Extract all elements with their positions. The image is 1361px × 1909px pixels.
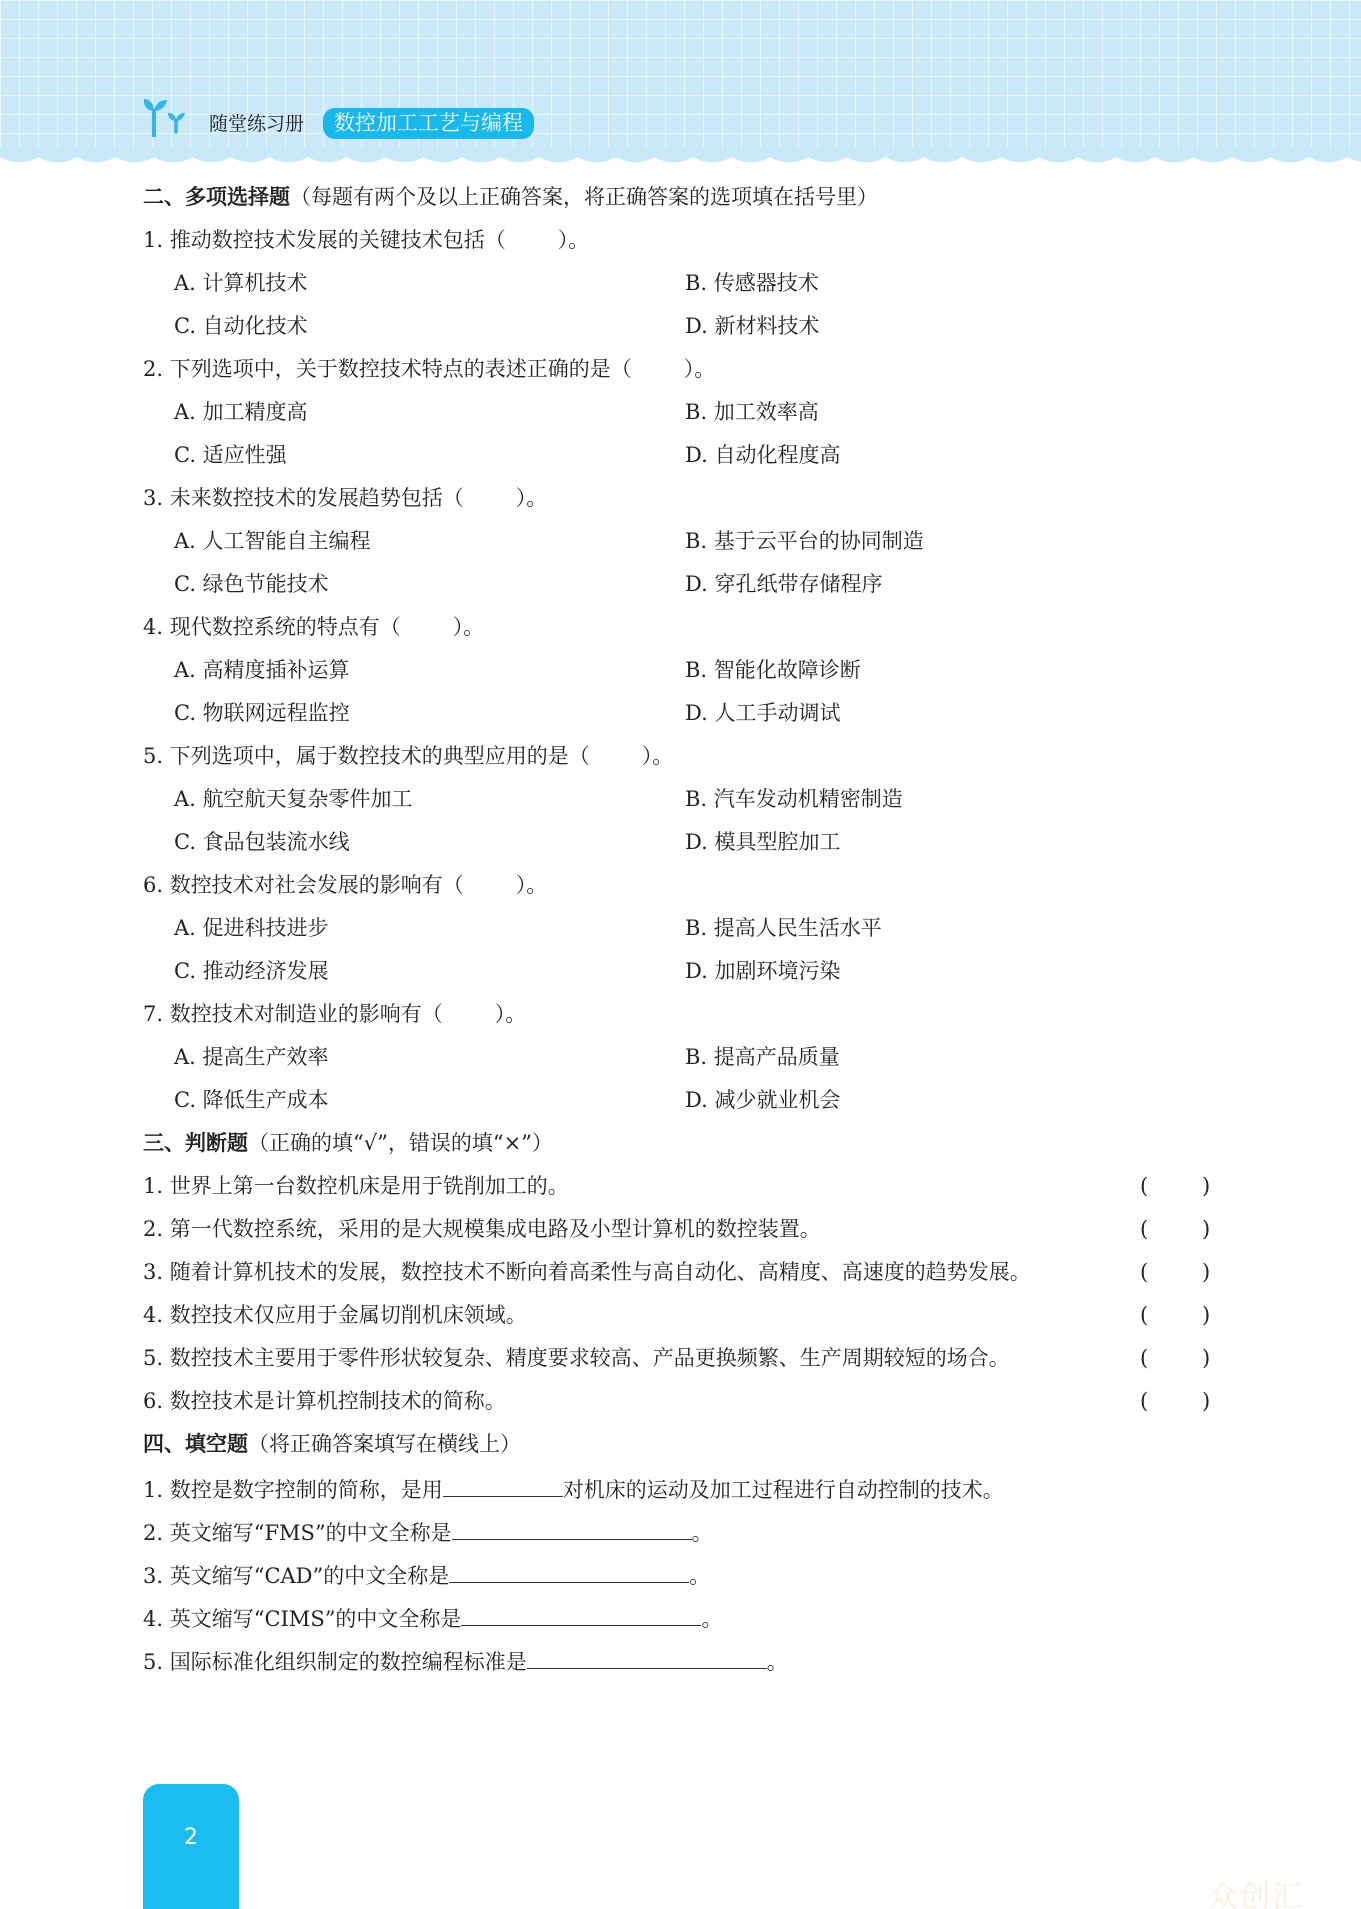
option: D. 穿孔纸带存储程序 [685,563,882,606]
option: B. 传感器技术 [685,262,819,305]
sprout-logo-icon [143,97,201,137]
question-stem: 5. 下列选项中，属于数控技术的典型应用的是（）。 [143,735,1223,778]
stem-text: 4. 现代数控系统的特点有（ [143,615,401,639]
judgment-text: 4. 数控技术仅应用于金属切削机床领域。 [143,1303,527,1327]
option: D. 减少就业机会 [685,1079,840,1122]
option: C. 推动经济发展 [174,950,329,993]
stem-end: ）。 [558,228,590,252]
option-row: C. 自动化技术D. 新材料技术 [143,305,1223,348]
section-title: 三、判断题 [143,1131,248,1155]
option-row: A. 人工智能自主编程B. 基于云平台的协同制造 [143,520,1223,563]
paren-left: ( [1140,1208,1148,1251]
paren-left: ( [1140,1165,1148,1208]
judgment-text: 2. 第一代数控系统，采用的是大规模集成电路及小型计算机的数控装置。 [143,1217,821,1241]
judgment-text: 1. 世界上第一台数控机床是用于铣削加工的。 [143,1174,569,1198]
option-row: A. 提高生产效率B. 提高产品质量 [143,1036,1223,1079]
section-note: （正确的填“√”，错误的填“×”） [248,1131,553,1155]
option: B. 提高产品质量 [685,1036,840,1079]
book-title-badge: 数控加工工艺与编程 [323,108,534,139]
paren-right: ) [1202,1251,1210,1294]
option: A. 提高生产效率 [174,1036,329,1079]
section-heading-multiple-choice: 二、多项选择题（每题有两个及以上正确答案，将正确答案的选项填在括号里） [143,176,1223,219]
stem-text: 6. 数控技术对社会发展的影响有（ [143,873,464,897]
section-title: 二、多项选择题 [143,185,290,209]
option: D. 模具型腔加工 [685,821,840,864]
option: C. 物联网远程监控 [174,692,350,735]
blank-line[interactable] [443,1466,563,1497]
paren-left: ( [1140,1337,1148,1380]
stem-text: 3. 未来数控技术的发展趋势包括（ [143,486,464,510]
paren-right: ) [1202,1165,1210,1208]
option: B. 加工效率高 [685,391,819,434]
option: A. 高精度插补运算 [174,649,350,692]
option: C. 降低生产成本 [174,1079,329,1122]
option: A. 促进科技进步 [174,907,329,950]
section-note: （将正确答案填写在横线上） [248,1432,521,1456]
paren-left: ( [1140,1294,1148,1337]
option-row: C. 适应性强D. 自动化程度高 [143,434,1223,477]
fill-blank-item: 1. 数控是数字控制的简称，是用对机床的运动及加工过程进行自动控制的技术。 [143,1466,1223,1509]
stem-end: ）。 [516,873,548,897]
stem-end: ）。 [453,615,485,639]
option: B. 基于云平台的协同制造 [685,520,924,563]
judgment-text: 3. 随着计算机技术的发展，数控技术不断向着高柔性与高自动化、高精度、高速度的趋… [143,1260,1031,1284]
blank-suffix: 。 [701,1607,722,1631]
fill-blank-item: 4. 英文缩写“CIMS”的中文全称是。 [143,1595,1223,1638]
watermark: 众创汇 [1208,1872,1304,1909]
option: C. 适应性强 [174,434,287,477]
judgment-item: 3. 随着计算机技术的发展，数控技术不断向着高柔性与高自动化、高精度、高速度的趋… [143,1251,1223,1294]
paren-right: ) [1202,1294,1210,1337]
true-false-list: 1. 世界上第一台数控机床是用于铣削加工的。()2. 第一代数控系统，采用的是大… [143,1165,1223,1423]
blank-prefix: 5. 国际标准化组织制定的数控编程标准是 [143,1650,527,1674]
multiple-choice-list: 1. 推动数控技术发展的关键技术包括（）。A. 计算机技术B. 传感器技术C. … [143,219,1223,1122]
exercise-content: 二、多项选择题（每题有两个及以上正确答案，将正确答案的选项填在括号里） 1. 推… [143,176,1223,1681]
option-row: A. 航空航天复杂零件加工B. 汽车发动机精密制造 [143,778,1223,821]
question-stem: 4. 现代数控系统的特点有（）。 [143,606,1223,649]
option: A. 计算机技术 [174,262,308,305]
option-row: C. 食品包装流水线D. 模具型腔加工 [143,821,1223,864]
option-row: C. 推动经济发展D. 加剧环境污染 [143,950,1223,993]
paren-left: ( [1140,1380,1148,1423]
option-row: A. 计算机技术B. 传感器技术 [143,262,1223,305]
paren-left: ( [1140,1251,1148,1294]
page-number-tab: 2 [143,1784,239,1909]
question-stem: 1. 推动数控技术发展的关键技术包括（）。 [143,219,1223,262]
section-note: （每题有两个及以上正确答案，将正确答案的选项填在括号里） [290,185,878,209]
section-title: 四、填空题 [143,1432,248,1456]
option: D. 新材料技术 [685,305,819,348]
judgment-text: 6. 数控技术是计算机控制技术的简称。 [143,1389,506,1413]
blank-suffix: 对机床的运动及加工过程进行自动控制的技术。 [563,1478,1004,1502]
question-stem: 7. 数控技术对制造业的影响有（）。 [143,993,1223,1036]
stem-end: ）。 [642,744,674,768]
stem-text: 1. 推动数控技术发展的关键技术包括（ [143,228,506,252]
series-title: 随堂练习册 [209,109,304,136]
option: D. 人工手动调试 [685,692,840,735]
fill-blank-item: 5. 国际标准化组织制定的数控编程标准是。 [143,1638,1223,1681]
blank-prefix: 3. 英文缩写“CAD”的中文全称是 [143,1564,449,1588]
judgment-item: 6. 数控技术是计算机控制技术的简称。() [143,1380,1223,1423]
option-row: C. 物联网远程监控D. 人工手动调试 [143,692,1223,735]
option: B. 汽车发动机精密制造 [685,778,903,821]
blank-line[interactable] [527,1638,767,1669]
section-heading-fill-blank: 四、填空题（将正确答案填写在横线上） [143,1423,1223,1466]
page-number: 2 [184,1825,198,1850]
header-band [0,0,1361,150]
fill-blank-item: 2. 英文缩写“FMS”的中文全称是。 [143,1509,1223,1552]
question-stem: 3. 未来数控技术的发展趋势包括（）。 [143,477,1223,520]
blank-suffix: 。 [767,1650,788,1674]
blank-prefix: 2. 英文缩写“FMS”的中文全称是 [143,1521,452,1545]
option: D. 自动化程度高 [685,434,840,477]
option: C. 自动化技术 [174,305,308,348]
blank-line[interactable] [452,1509,692,1540]
section-heading-true-false: 三、判断题（正确的填“√”，错误的填“×”） [143,1122,1223,1165]
blank-suffix: 。 [689,1564,710,1588]
fill-blank-list: 1. 数控是数字控制的简称，是用对机床的运动及加工过程进行自动控制的技术。2. … [143,1466,1223,1681]
judgment-item: 5. 数控技术主要用于零件形状较复杂、精度要求较高、产品更换频繁、生产周期较短的… [143,1337,1223,1380]
stem-text: 2. 下列选项中，关于数控技术特点的表述正确的是（ [143,357,632,381]
stem-text: 5. 下列选项中，属于数控技术的典型应用的是（ [143,744,590,768]
option-row: A. 高精度插补运算B. 智能化故障诊断 [143,649,1223,692]
option: D. 加剧环境污染 [685,950,840,993]
option: C. 绿色节能技术 [174,563,329,606]
judgment-item: 4. 数控技术仅应用于金属切削机床领域。() [143,1294,1223,1337]
stem-end: ）。 [495,1002,527,1026]
option: A. 航空航天复杂零件加工 [174,778,413,821]
paren-right: ) [1202,1380,1210,1423]
option-row: C. 降低生产成本D. 减少就业机会 [143,1079,1223,1122]
option: B. 智能化故障诊断 [685,649,861,692]
stem-text: 7. 数控技术对制造业的影响有（ [143,1002,443,1026]
option: A. 加工精度高 [174,391,308,434]
blank-line[interactable] [461,1595,701,1626]
stem-end: ）。 [516,486,548,510]
option: C. 食品包装流水线 [174,821,350,864]
blank-prefix: 4. 英文缩写“CIMS”的中文全称是 [143,1607,461,1631]
judgment-text: 5. 数控技术主要用于零件形状较复杂、精度要求较高、产品更换频繁、生产周期较短的… [143,1346,1010,1370]
blank-suffix: 。 [692,1521,713,1545]
judgment-item: 2. 第一代数控系统，采用的是大规模集成电路及小型计算机的数控装置。() [143,1208,1223,1251]
paren-right: ) [1202,1208,1210,1251]
judgment-item: 1. 世界上第一台数控机床是用于铣削加工的。() [143,1165,1223,1208]
option-row: C. 绿色节能技术D. 穿孔纸带存储程序 [143,563,1223,606]
blank-line[interactable] [449,1552,689,1583]
option-row: A. 加工精度高B. 加工效率高 [143,391,1223,434]
question-stem: 6. 数控技术对社会发展的影响有（）。 [143,864,1223,907]
option-row: A. 促进科技进步B. 提高人民生活水平 [143,907,1223,950]
stem-end: ）。 [684,357,716,381]
blank-prefix: 1. 数控是数字控制的简称，是用 [143,1478,443,1502]
option: B. 提高人民生活水平 [685,907,882,950]
option: A. 人工智能自主编程 [174,520,371,563]
question-stem: 2. 下列选项中，关于数控技术特点的表述正确的是（）。 [143,348,1223,391]
fill-blank-item: 3. 英文缩写“CAD”的中文全称是。 [143,1552,1223,1595]
paren-right: ) [1202,1337,1210,1380]
scalloped-edge [0,148,1361,168]
